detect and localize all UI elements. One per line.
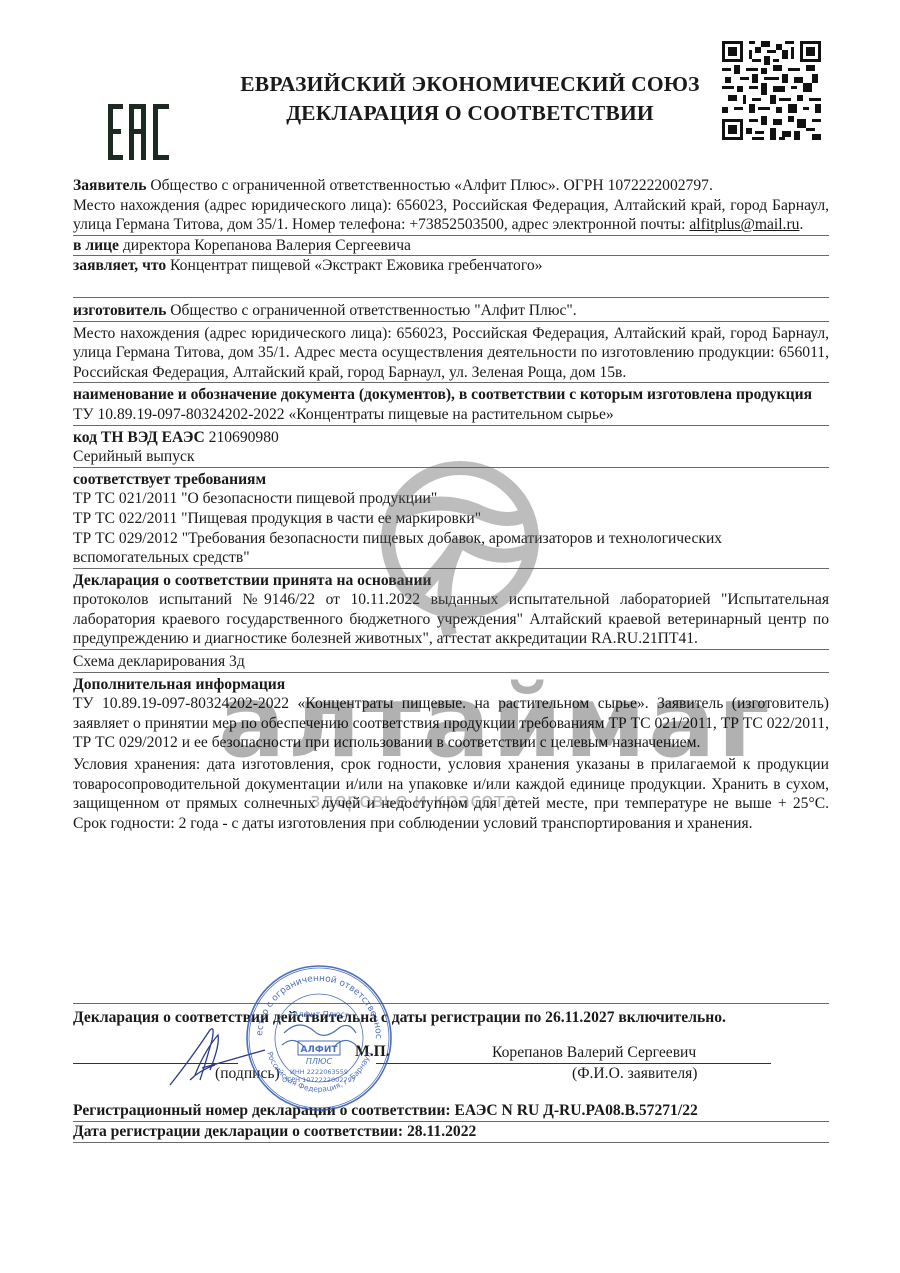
applicant-name: Общество с ограниченной ответственностью… — [146, 177, 712, 194]
represented-by-row: в лице директора Корепанова Валерия Серг… — [73, 236, 829, 257]
applicant-section: Заявитель Общество с ограниченной ответс… — [73, 176, 829, 236]
requirement-item: ТР ТС 021/2011 "О безопасности пищевой п… — [73, 489, 829, 509]
hs-code-row: код ТН ВЭД ЕАЭС 210690980 — [73, 426, 829, 448]
hs-code-label: код ТН ВЭД ЕАЭС — [73, 429, 205, 446]
applicant-email-link[interactable]: alfitplus@mail.ru — [689, 216, 799, 233]
spacer — [73, 276, 829, 298]
email-suffix: . — [799, 216, 803, 233]
basis-label: Декларация о соответствии принята на осн… — [73, 569, 829, 591]
title-declaration: ДЕКЛАРАЦИЯ О СООТВЕТСТВИИ — [200, 99, 740, 128]
svg-text:ИНН 2222063559: ИНН 2222063559 — [290, 1068, 348, 1076]
manufacturer-address: Место нахождения (адрес юридического лиц… — [73, 322, 829, 384]
svg-text:Общество с ограниченной ответс: Общество с ограниченной ответственностью — [244, 963, 383, 1039]
declaration-body: Заявитель Общество с ограниченной ответс… — [73, 176, 829, 833]
document-value: ТУ 10.89.19-097-80324202-2022 «Концентра… — [73, 405, 829, 426]
document-title: ЕВРАЗИЙСКИЙ ЭКОНОМИЧЕСКИЙ СОЮЗ ДЕКЛАРАЦИ… — [200, 70, 740, 128]
name-line — [376, 1062, 771, 1064]
additional-info-label: Дополнительная информация — [73, 673, 829, 695]
declares-label: заявляет, что — [73, 257, 166, 274]
registration-date: Дата регистрации декларации о соответств… — [73, 1122, 829, 1143]
signer-name: Корепанов Валерий Сергеевич — [492, 1044, 696, 1062]
requirements-label: соответствует требованиям — [73, 468, 829, 490]
svg-text:АЛФИТ: АЛФИТ — [300, 1045, 338, 1055]
fio-caption: (Ф.И.О. заявителя) — [572, 1065, 697, 1083]
manufacturer-row: изготовитель Общество с ограниченной отв… — [73, 298, 829, 322]
manufacturer-name: Общество с ограниченной ответственностью… — [166, 302, 576, 319]
title-union: ЕВРАЗИЙСКИЙ ЭКОНОМИЧЕСКИЙ СОЮЗ — [200, 70, 740, 99]
declaration-scheme: Схема декларирования 3д — [73, 650, 829, 673]
svg-text:ОГРН 1072222002797: ОГРН 1072222002797 — [282, 1076, 356, 1084]
svg-text:ПЛЮС: ПЛЮС — [306, 1057, 333, 1066]
eac-logo-icon — [108, 104, 170, 160]
release-type: Серийный выпуск — [73, 447, 829, 468]
represented-by-value: директора Корепанова Валерия Сергеевича — [119, 237, 411, 254]
declares-row: заявляет, что Концентрат пищевой «Экстра… — [73, 256, 829, 276]
manufacturer-label: изготовитель — [73, 302, 166, 319]
declaration-page: ЕВРАЗИЙСКИЙ ЭКОНОМИЧЕСКИЙ СОЮЗ ДЕКЛАРАЦИ… — [0, 0, 900, 1273]
applicant-label: Заявитель — [73, 177, 146, 194]
product-name: Концентрат пищевой «Экстракт Ежовика гре… — [166, 257, 542, 274]
storage-conditions-paragraph: Условия хранения: дата изготовления, сро… — [73, 753, 829, 833]
basis-text: протоколов испытаний №9146/22 от 10.11.2… — [73, 590, 829, 650]
additional-info-paragraph: ТУ 10.89.19-097-80324202-2022 «Концентра… — [73, 694, 829, 753]
requirement-item: ТР ТС 022/2011 "Пищевая продукция в част… — [73, 509, 829, 529]
represented-by-label: в лице — [73, 237, 119, 254]
hs-code-value: 210690980 — [205, 429, 279, 446]
requirement-item: ТР ТС 029/2012 "Требования безопасности … — [73, 529, 829, 569]
registration-number: Регистрационный номер декларации о соотв… — [73, 1101, 829, 1122]
document-label: наименование и обозначение документа (до… — [73, 383, 829, 405]
company-stamp-icon: Общество с ограниченной ответственностью… — [244, 963, 394, 1113]
qr-code-icon[interactable] — [722, 41, 821, 140]
svg-text:«Алфит Плюс»: «Алфит Плюс» — [288, 1010, 350, 1019]
